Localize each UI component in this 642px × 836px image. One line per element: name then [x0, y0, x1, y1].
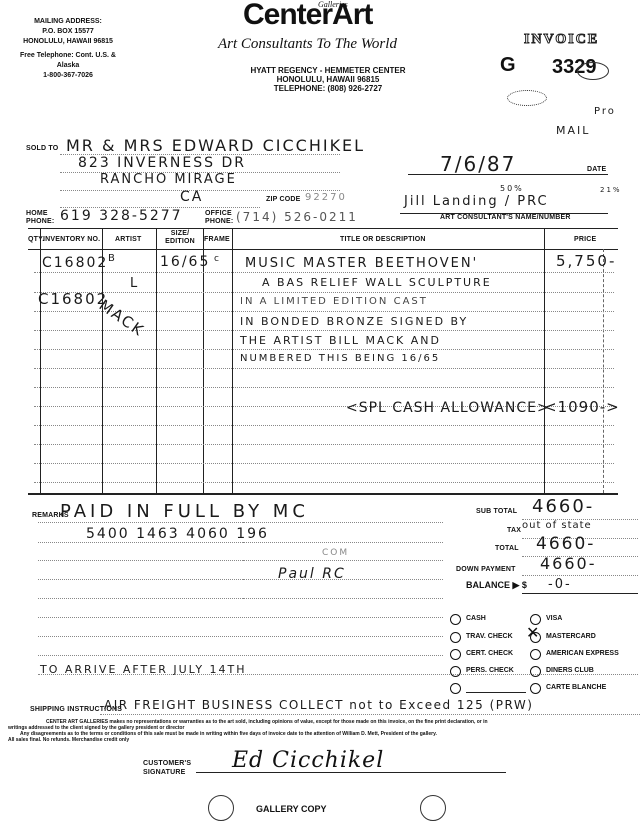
cell-description: THE ARTIST BILL MACK AND [240, 334, 441, 347]
consultant-name: Jill Landing / PRC [404, 194, 549, 209]
cell-artist: L [130, 276, 139, 291]
cell-description: A BAS RELIEF WALL SCULPTURE [262, 276, 492, 289]
mailing-city: HONOLULU, HAWAII 96815 [8, 37, 128, 47]
cell-description: NUMBERED THIS BEING 16/65 [240, 353, 440, 364]
signature-label-line1: CUSTOMER'S [143, 759, 191, 768]
customer-address-line1: 823 INVERNESS DR [78, 155, 246, 171]
po-box: P.O. BOX 15577 [8, 27, 128, 37]
disclaimer: CENTER ART GALLERIES makes no representa… [8, 719, 638, 743]
shipping-value: AIR FREIGHT BUSINESS COLLECT not to Exce… [104, 698, 533, 712]
cents-divider [603, 249, 604, 493]
payment-carte-blanche-label: CARTE BLANCHE [546, 684, 606, 691]
remarks-initials: Paul RC [278, 566, 346, 582]
down-payment-label: DOWN PAYMENT [456, 566, 516, 573]
office-phone: (714) 526-0211 [236, 210, 358, 224]
remarks-line3: COM [322, 548, 349, 558]
payment-pers-check-radio[interactable] [450, 666, 461, 677]
subtotal-value: 4660- [532, 496, 594, 517]
toll-free-label: Free Telephone: Cont. U.S. & Alaska [8, 51, 128, 71]
remarks-line2: 5400 1463 4060 196 [86, 526, 269, 542]
cell-description: IN BONDED BRONZE SIGNED BY [240, 315, 468, 328]
cell-description: MUSIC MASTER BEETHOVEN' [245, 256, 478, 271]
col-divider [156, 229, 157, 494]
mailing-label: MAILING ADDRESS: [8, 17, 128, 27]
cell-edition: 16/65 [160, 254, 210, 270]
total-value: 4660- [536, 534, 595, 554]
payment-cash-label: CASH [466, 615, 486, 622]
cell-frame: c [214, 254, 221, 264]
customer-zip: 92270 [305, 192, 347, 203]
col-size-edition: SIZE/ EDITION [160, 230, 200, 246]
consultant-note-b: 21% [600, 186, 622, 194]
invoice-date: 7/6/87 [440, 152, 516, 176]
down-payment-value: 4660- [540, 554, 597, 573]
gallery-address-line2: HONOLULU, HAWAII 96815 [228, 75, 428, 84]
home-phone-label: HOME PHONE: [26, 210, 54, 226]
consultant-label: ART CONSULTANT'S NAME/NUMBER [440, 214, 571, 221]
col-divider [544, 229, 545, 494]
col-artist: ARTIST [115, 236, 141, 243]
payment-cert-check-label: CERT. CHECK [466, 650, 513, 657]
cell-inventory: C16802 [42, 255, 108, 271]
allowance-description: <SPL CASH ALLOWANCE> [346, 400, 550, 416]
cell-inventory: C16802 [38, 290, 108, 308]
invoice-note-mail: MAIL [556, 124, 590, 137]
cell-price: 5,750- [556, 252, 616, 270]
col-frame: FRAME [204, 236, 230, 243]
punch-hole-left [208, 795, 234, 821]
cell-artist: B [108, 253, 117, 264]
col-description: TITLE OR DESCRIPTION [340, 236, 426, 243]
gallery-address-line1: HYATT REGENCY - HEMMETER CENTER [228, 66, 428, 75]
signature-label-line2: SIGNATURE [143, 768, 191, 777]
cell-artist: MACK [96, 296, 148, 340]
payment-visa-label: VISA [546, 615, 562, 622]
tax-label: TAX [507, 527, 521, 534]
subtotal-label: SUB TOTAL [476, 508, 517, 515]
customer-name: MR & MRS EDWARD CICCHIKEL [66, 136, 365, 155]
payment-carte-blanche-radio[interactable] [530, 683, 541, 694]
cell-description: IN A LIMITED EDITION CAST [240, 296, 428, 307]
check-mark-icon: ✕ [526, 626, 539, 642]
customer-address-line2: RANCHO MIRAGE [100, 172, 237, 187]
balance-label: BALANCE ▶ $ [466, 580, 527, 591]
stamp-oval [507, 90, 547, 106]
mailing-address: MAILING ADDRESS: P.O. BOX 15577 HONOLULU… [8, 17, 128, 81]
toll-free-number: 1-800-367-7026 [8, 71, 128, 81]
brand-tagline: Art Consultants To The World [218, 36, 397, 53]
payment-mastercard-label: MASTERCARD [546, 633, 596, 640]
allowance-price: <1090-> [544, 398, 620, 416]
payment-cash-radio[interactable] [450, 614, 461, 625]
col-inventory: INVENTORY NO. [43, 236, 100, 243]
remarks-line5: TO ARRIVE AFTER JULY 14TH [40, 663, 247, 676]
gallery-telephone: TELEPHONE: (808) 926-2727 [228, 84, 428, 93]
customer-state: CA [180, 189, 203, 205]
col-divider [40, 229, 41, 494]
signature-label: CUSTOMER'S SIGNATURE [143, 759, 191, 777]
invoice-title: INVOICE [524, 32, 599, 48]
sold-to-label: SOLD TO [26, 145, 58, 152]
punch-hole-right [420, 795, 446, 821]
remarks-line1: PAID IN FULL BY MC [60, 501, 309, 522]
col-qty: QTY. [28, 236, 44, 243]
total-label: TOTAL [495, 545, 519, 552]
col-price: PRICE [574, 236, 596, 243]
payment-trav-check-label: TRAV. CHECK [466, 633, 513, 640]
payment-pers-check-label: PERS. CHECK [466, 667, 514, 674]
home-phone: 619 328-5277 [60, 208, 183, 224]
payment-diners-radio[interactable] [530, 666, 541, 677]
tax-value: out of state [522, 520, 592, 531]
gallery-copy-label: GALLERY COPY [256, 804, 327, 814]
invoice-series: G [500, 54, 516, 77]
payment-cert-check-radio[interactable] [450, 649, 461, 660]
payment-trav-check-radio[interactable] [450, 632, 461, 643]
col-divider [232, 229, 233, 494]
payment-amex-label: AMERICAN EXPRESS [546, 650, 619, 657]
payment-amex-radio[interactable] [530, 649, 541, 660]
payment-visa-radio[interactable] [530, 614, 541, 625]
payment-other-radio[interactable] [450, 683, 461, 694]
invoice-note-pro: Pro [594, 106, 616, 117]
balance-value: -0- [548, 577, 572, 592]
customer-signature: Ed Cicchikel [232, 748, 384, 773]
gallery-address: HYATT REGENCY - HEMMETER CENTER HONOLULU… [228, 66, 428, 93]
disclaimer-line4: All sales final. No refunds. Merchandise… [8, 737, 638, 743]
payment-diners-label: DINERS CLUB [546, 667, 594, 674]
invoice-number-circle [577, 62, 609, 80]
date-label: DATE [587, 166, 606, 173]
brand-logo: CenterArt [243, 0, 372, 32]
consultant-note-a: 50% [500, 184, 524, 193]
zip-label: ZIP CODE [266, 196, 301, 203]
office-phone-label: OFFICE PHONE: [205, 210, 235, 226]
payment-other-line [466, 692, 526, 693]
